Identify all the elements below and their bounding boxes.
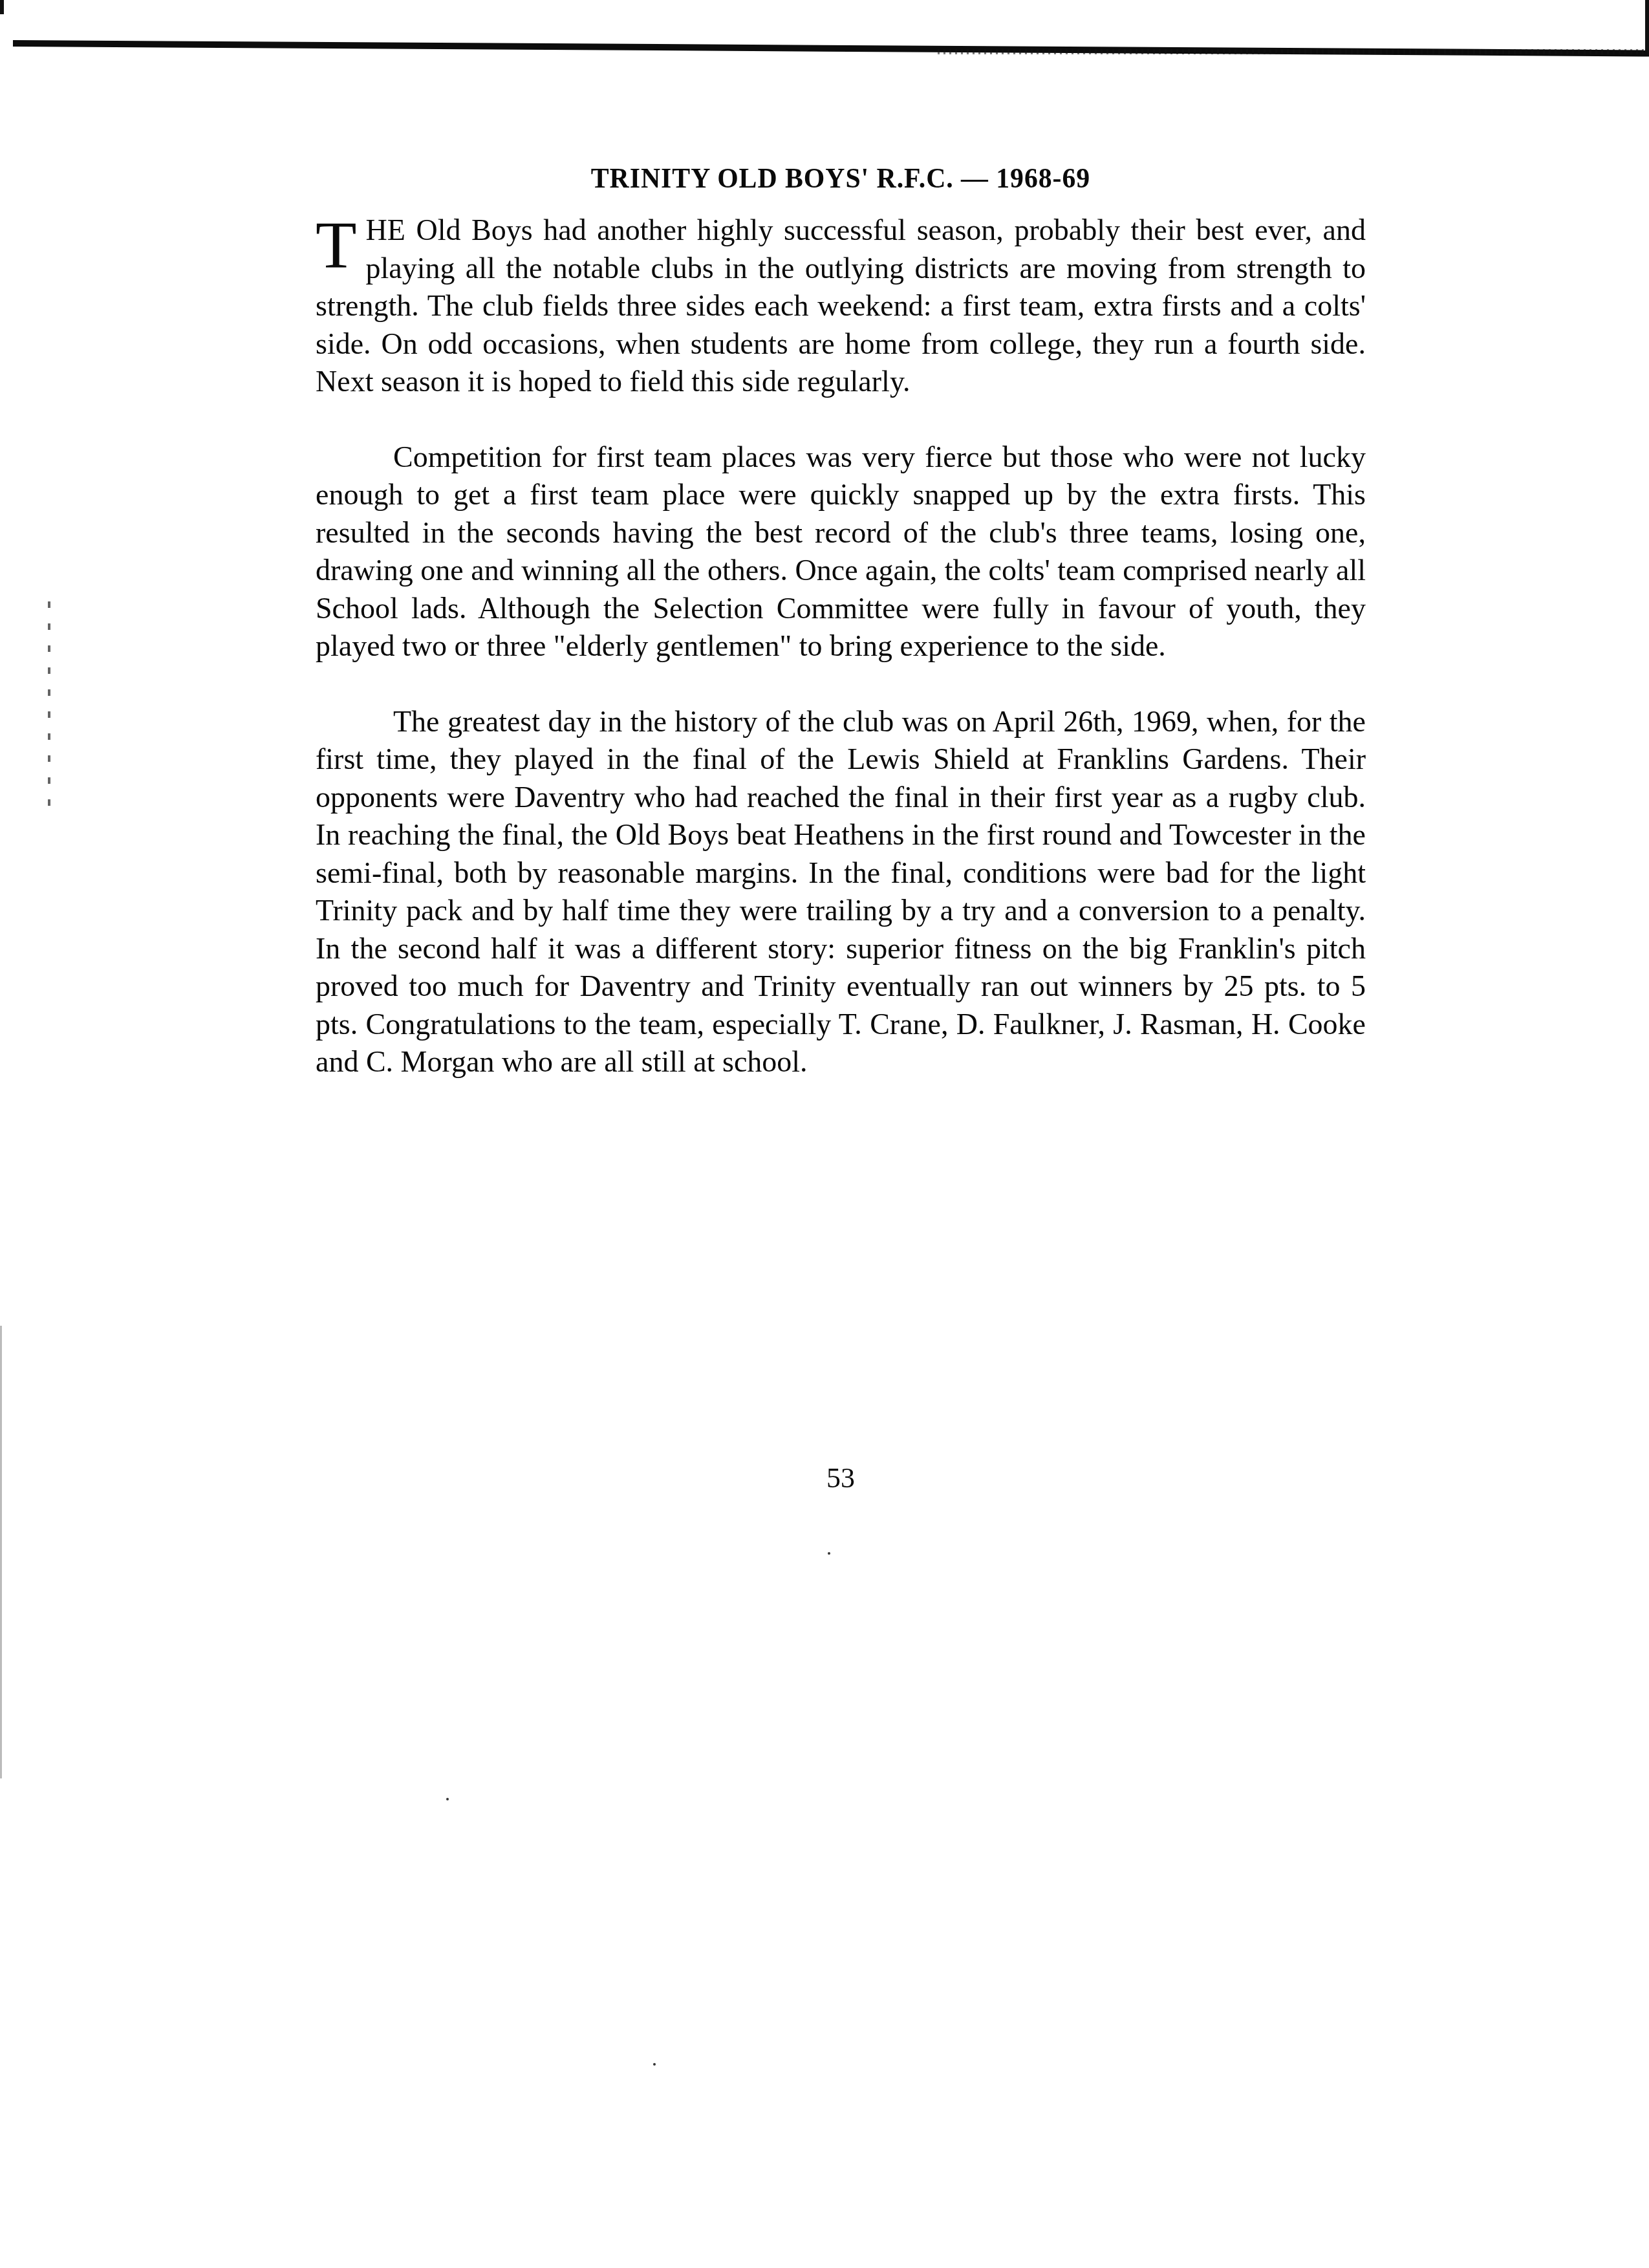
- scan-speck: [446, 1798, 449, 1800]
- page-edge-shadow: [0, 1326, 2, 1778]
- drop-cap: T: [316, 218, 357, 274]
- article: TRINITY OLD BOYS' R.F.C. — 1968-69 THE O…: [316, 162, 1366, 1081]
- scan-speck: [828, 1552, 830, 1555]
- scan-corner-mark: [1645, 0, 1649, 52]
- margin-scan-artifact: [48, 601, 50, 815]
- paragraph-1-text: HE Old Boys had another highly successfu…: [316, 213, 1366, 398]
- paragraph-3: The greatest day in the history of the c…: [316, 703, 1366, 1081]
- paragraph-2: Competition for first team places was ve…: [316, 438, 1366, 665]
- scan-speck: [653, 2063, 656, 2066]
- page-number: 53: [316, 1462, 1366, 1495]
- header-rule-fringe: [938, 49, 1649, 54]
- paragraph-1: THE Old Boys had another highly successf…: [316, 211, 1366, 401]
- article-title: TRINITY OLD BOYS' R.F.C. — 1968-69: [342, 162, 1340, 195]
- scan-corner-mark: [0, 0, 4, 14]
